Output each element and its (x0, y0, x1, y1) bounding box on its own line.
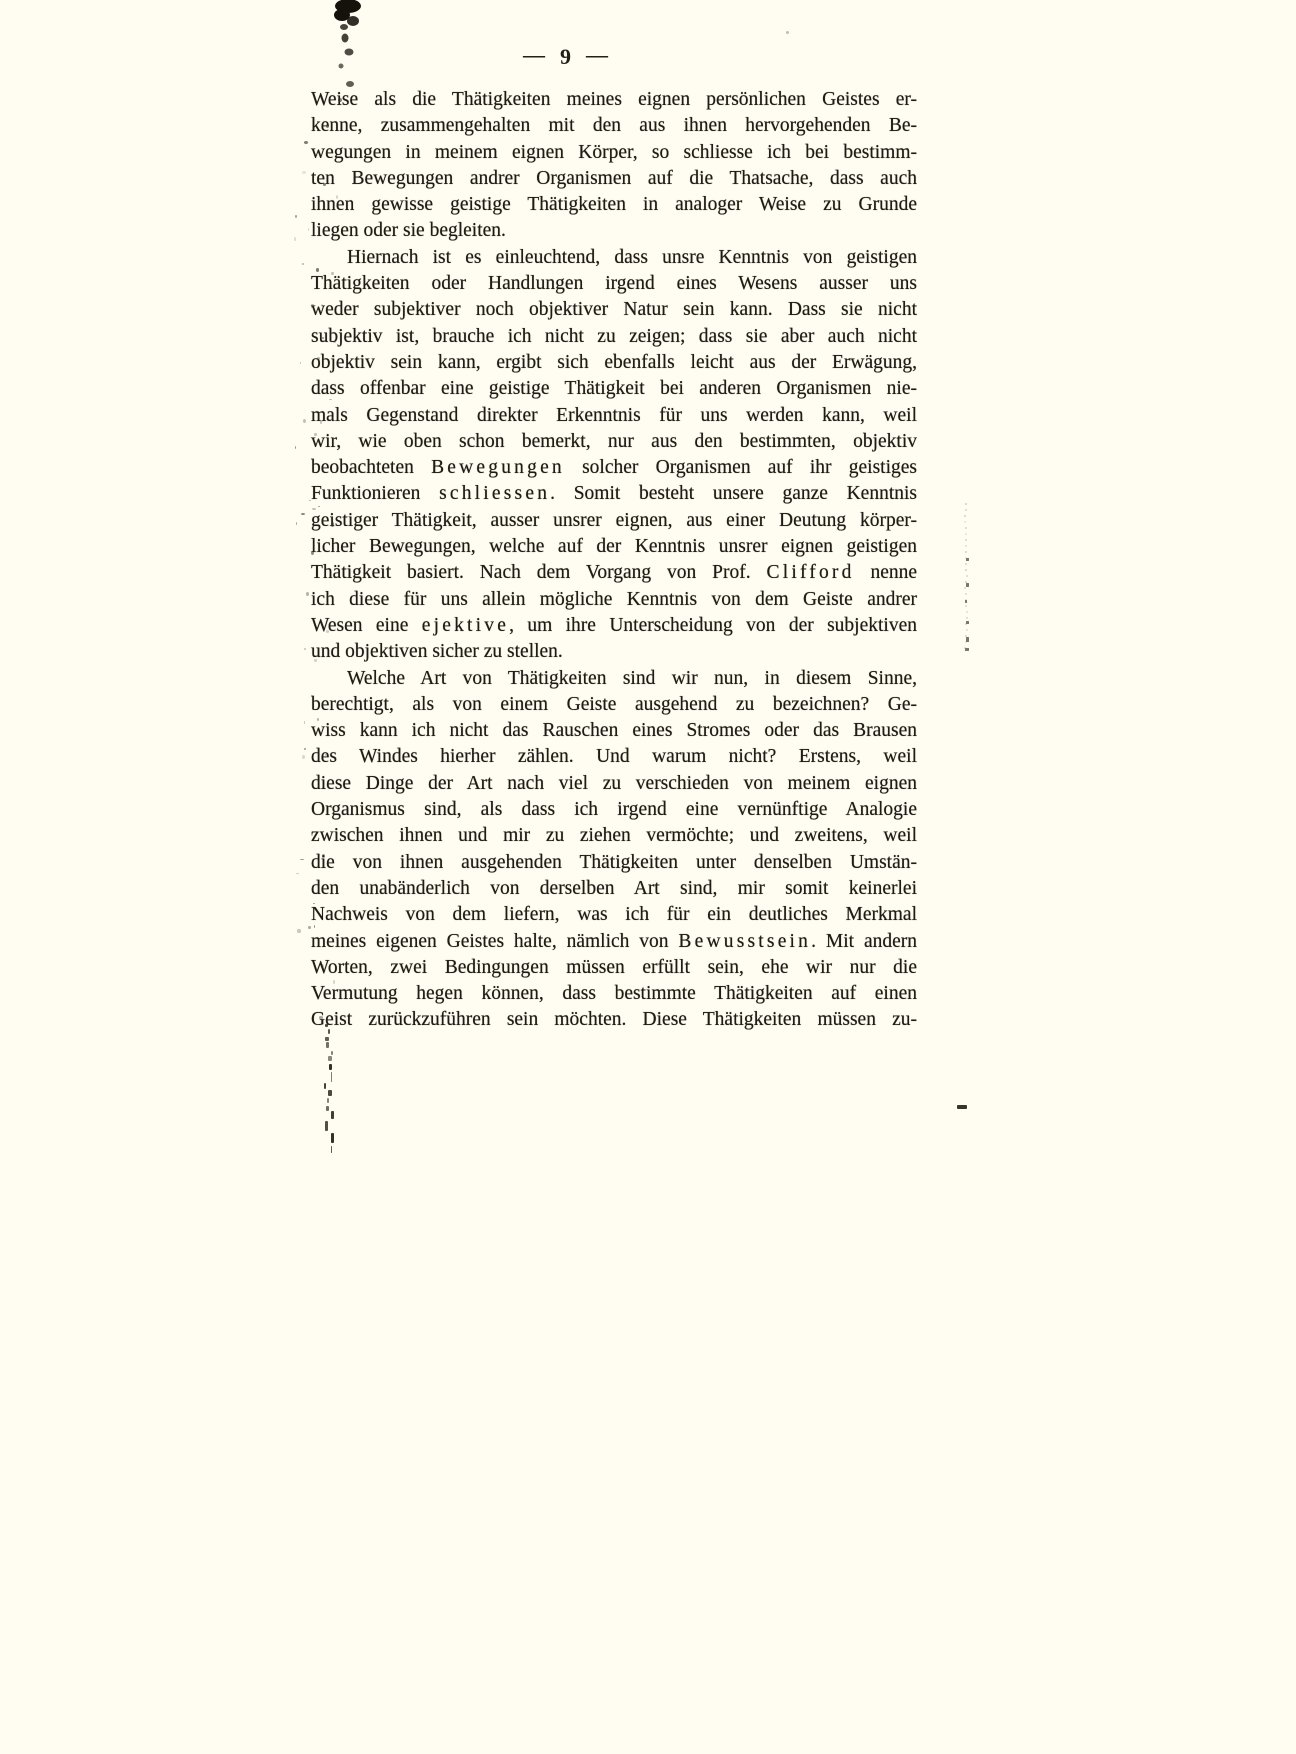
stray-dot-artifact (786, 31, 789, 34)
stray-dash-artifact (957, 1105, 967, 1109)
scanned-book-page: —9— Weise als die Thätigkeiten meines ei… (0, 0, 1296, 1754)
fold-dotted-line-artifact (0, 0, 1296, 1754)
